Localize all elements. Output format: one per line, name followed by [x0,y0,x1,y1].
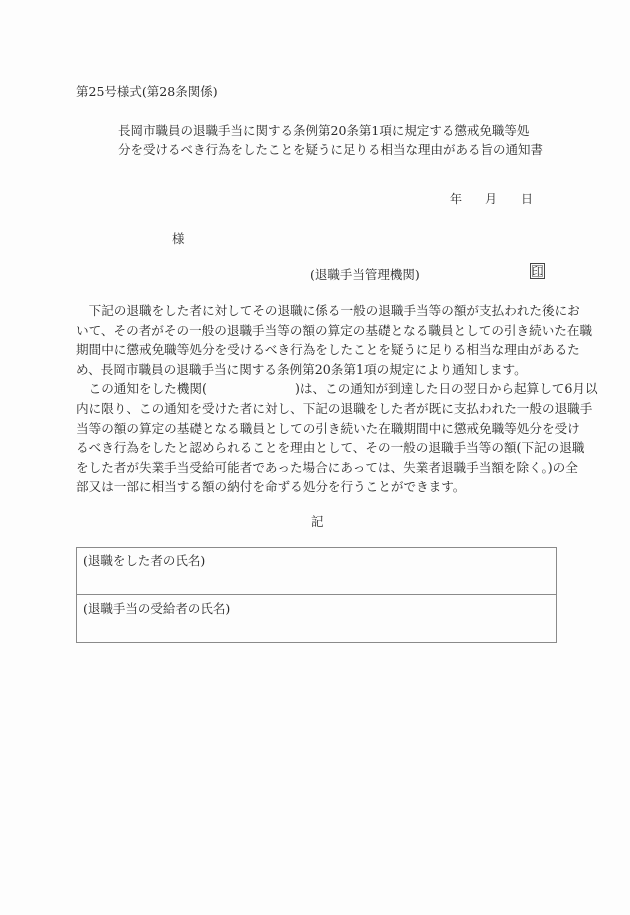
date-year-label: 年 [450,190,462,207]
seal-mark: 印 [530,263,545,279]
retiree-name-field[interactable]: (退職をした者の氏名) [77,548,556,595]
body-text: 下記の退職をした者に対してその退職に係る一般の退職手当等の額が支払われた後にお … [76,301,558,497]
addressee-suffix: 様 [172,229,185,247]
body-line: 当等の額の算定の基礎となる職員としての引き続いた在職期間中に懲戒免職等処分を受け [76,419,558,439]
name-table: (退職をした者の氏名) (退職手当の受給者の氏名) [76,547,557,643]
document-title: 長岡市職員の退職手当に関する条例第20条第1項に規定する懲戒免職等処 分を受ける… [118,121,543,159]
ki-heading: 記 [311,512,324,530]
body-line: め、長岡市職員の退職手当に関する条例第20条第1項の規定により通知します。 [76,360,558,380]
body-line: るべき行為をしたと認められることを理由として、その一般の退職手当等の額(下記の退… [76,438,558,458]
body-line: 期間中に懲戒免職等処分を受けるべき行為をしたことを疑うに足りる相当な理由があるた [76,340,558,360]
body-line: をした者が失業手当受給可能者であった場合にあっては、失業者退職手当額を除く。)の… [76,458,558,478]
title-line-1: 長岡市職員の退職手当に関する条例第20条第1項に規定する懲戒免職等処 [118,121,543,140]
body-line: 内に限り、この通知を受けた者に対し、下記の退職をした者が既に支払われた一般の退職… [76,399,558,419]
date-month-label: 月 [485,190,497,207]
form-number: 第25号様式(第28条関係) [76,82,218,100]
date-day-label: 日 [521,190,533,207]
body-line: 下記の退職をした者に対してその退職に係る一般の退職手当等の額が支払われた後にお [76,301,558,321]
body-line: 部又は一部に相当する額の納付を命ずる処分を行うことができます。 [76,477,558,497]
recipient-name-label: (退職手当の受給者の氏名) [83,601,230,616]
title-line-2: 分を受けるべき行為をしたことを疑うに足りる相当な理由がある旨の通知書 [118,140,543,159]
retiree-name-label: (退職をした者の氏名) [83,553,205,568]
body-line: この通知をした機関( )は、この通知が到達した日の翌日から起算して6月以 [76,379,558,399]
recipient-name-field[interactable]: (退職手当の受給者の氏名) [77,596,556,643]
body-line: いて、その者がその一般の退職手当等の額の算定の基礎となる職員としての引き続いた在… [76,321,558,341]
issuer-label: (退職手当管理機関) [310,265,420,283]
